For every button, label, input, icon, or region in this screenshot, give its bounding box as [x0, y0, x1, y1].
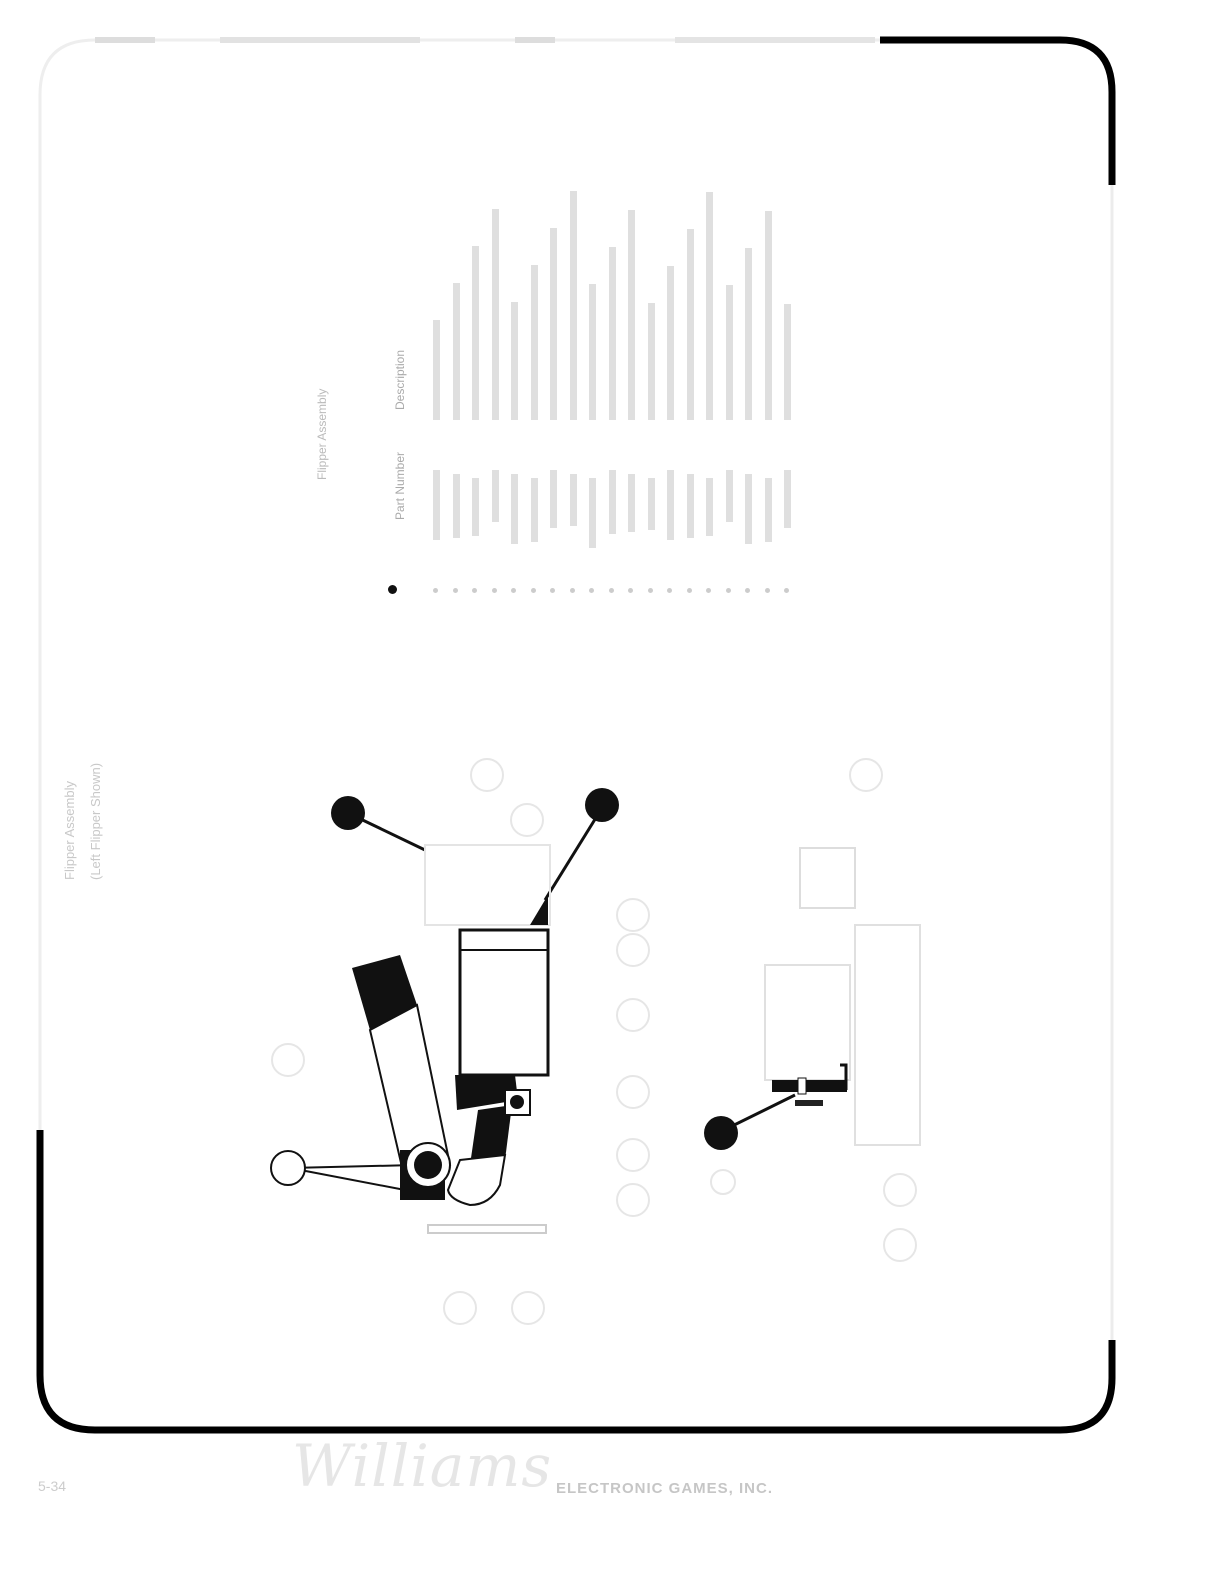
callout-marker [704, 1116, 738, 1150]
brand-logo: Williams [292, 1432, 552, 1500]
callout-marker [331, 796, 365, 830]
callout-marker [585, 788, 619, 822]
page-number: 5-34 [38, 1478, 66, 1494]
company-name: ELECTRONIC GAMES, INC. [556, 1480, 773, 1497]
